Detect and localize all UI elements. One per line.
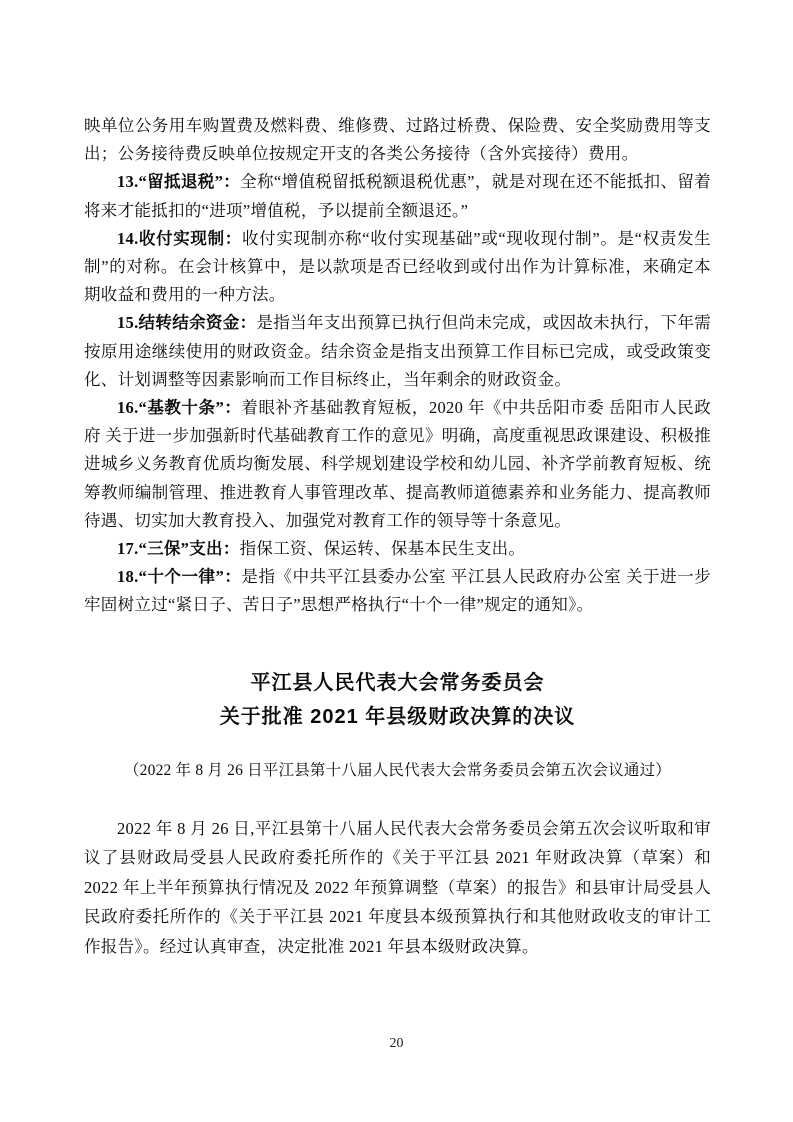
glossary-item-14: 14.收付实现制：收付实现制亦称“收付实现基础”或“现收现付制”。是“权责发生制…	[84, 225, 711, 310]
glossary-term-18: 18.“十个一律”：	[117, 567, 241, 586]
resolution-title-line1: 平江县人民代表大会常务委员会	[84, 666, 711, 700]
resolution-title-line2: 关于批准 2021 年县级财政决算的决议	[84, 700, 711, 734]
page-number: 20	[0, 1036, 793, 1052]
glossary-item-16: 16.“基教十条”：着眼补齐基础教育短板，2020 年《中共岳阳市委 岳阳市人民…	[84, 394, 711, 535]
glossary-term-16: 16.“基教十条”：	[117, 398, 241, 417]
document-page: 映单位公务用车购置费及燃料费、维修费、过路过桥费、保险费、安全奖励费用等支出；公…	[0, 0, 793, 1122]
glossary-term-15: 15.结转结余资金：	[117, 313, 256, 332]
resolution-title: 平江县人民代表大会常务委员会 关于批准 2021 年县级财政决算的决议	[84, 666, 711, 734]
glossary-definition-17: 指保工资、保运转、保基本民生支出。	[240, 539, 526, 558]
continuation-paragraph: 映单位公务用车购置费及燃料费、维修费、过路过桥费、保险费、安全奖励费用等支出；公…	[84, 112, 711, 168]
glossary-item-13: 13.“留抵退税”：全称“增值税留抵税额退税优惠”，就是对现在还不能抵扣、留着将…	[84, 168, 711, 224]
glossary-item-18: 18.“十个一律”：是指《中共平江县委办公室 平江县人民政府办公室 关于进一步牢…	[84, 563, 711, 619]
resolution-body: 2022 年 8 月 26 日,平江县第十八届人民代表大会常务委员会第五次会议听…	[84, 814, 711, 962]
glossary-term-14: 14.收付实现制：	[117, 229, 242, 248]
glossary-term-17: 17.“三保”支出：	[117, 539, 240, 558]
glossary-item-17: 17.“三保”支出：指保工资、保运转、保基本民生支出。	[84, 535, 711, 563]
glossary-definition-16: 着眼补齐基础教育短板，2020 年《中共岳阳市委 岳阳市人民政府 关于进一步加强…	[84, 398, 711, 530]
page-content: 映单位公务用车购置费及燃料费、维修费、过路过桥费、保险费、安全奖励费用等支出；公…	[84, 112, 711, 961]
glossary-section: 映单位公务用车购置费及燃料费、维修费、过路过桥费、保险费、安全奖励费用等支出；公…	[84, 112, 711, 620]
resolution-subtitle: （2022 年 8 月 26 日平江县第十八届人民代表大会常务委员会第五次会议通…	[84, 760, 711, 782]
glossary-item-15: 15.结转结余资金：是指当年支出预算已执行但尚未完成，或因故未执行，下年需按原用…	[84, 309, 711, 394]
glossary-term-13: 13.“留抵退税”：	[117, 172, 240, 191]
